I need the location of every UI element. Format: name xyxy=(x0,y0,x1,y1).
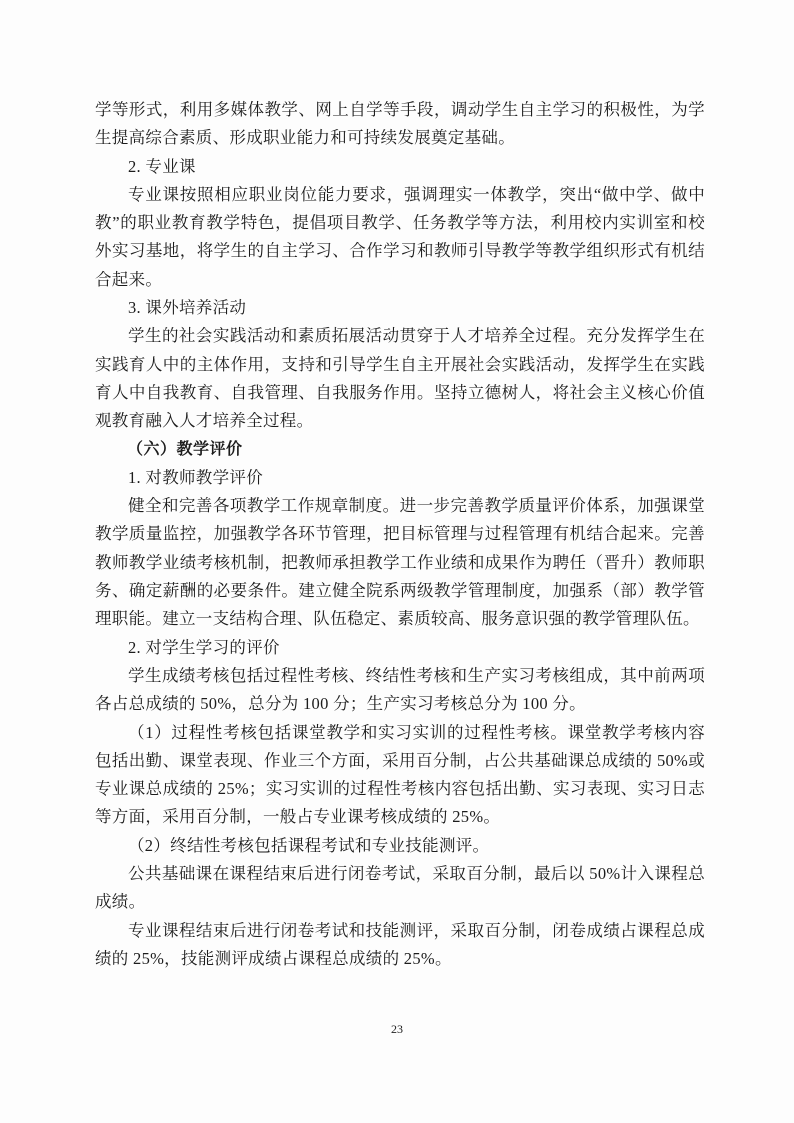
numbered-item-student-evaluation: 2. 对学生学习的评价 xyxy=(95,634,705,662)
body-paragraph: 学生成绩考核包括过程性考核、终结性考核和生产实习考核组成，其中前两项各占总成绩的… xyxy=(95,662,705,719)
document-page: 学等形式，利用多媒体教学、网上自学等手段，调动学生自主学习的积极性，为学生提高综… xyxy=(0,0,794,1123)
body-paragraph: 公共基础课在课程结束后进行闭卷考试，采取百分制，最后以 50%计入课程总成绩。 xyxy=(95,860,705,917)
body-paragraph: 健全和完善各项教学工作规章制度。进一步完善教学质量评价体系，加强课堂教学质量监控… xyxy=(95,492,705,633)
numbered-item-major-course: 2. 专业课 xyxy=(95,153,705,181)
body-paragraph-final-assessment: （2）终结性考核包括课程考试和专业技能测评。 xyxy=(95,832,705,860)
numbered-item-extracurricular: 3. 课外培养活动 xyxy=(95,294,705,322)
numbered-item-teacher-evaluation: 1. 对教师教学评价 xyxy=(95,464,705,492)
section-heading-teaching-evaluation: （六）教学评价 xyxy=(95,436,705,464)
page-number: 23 xyxy=(0,1022,794,1037)
body-paragraph: 专业课按照相应职业岗位能力要求，强调理实一体教学，突出“做中学、做中教”的职业教… xyxy=(95,181,705,294)
body-paragraph-process-assessment: （1）过程性考核包括课堂教学和实习实训的过程性考核。课堂教学考核内容包括出勤、课… xyxy=(95,719,705,832)
body-paragraph: 学生的社会实践活动和素质拓展活动贯穿于人才培养全过程。充分发挥学生在实践育人中的… xyxy=(95,322,705,435)
continued-paragraph: 学等形式，利用多媒体教学、网上自学等手段，调动学生自主学习的积极性，为学生提高综… xyxy=(95,96,705,153)
document-body: 学等形式，利用多媒体教学、网上自学等手段，调动学生自主学习的积极性，为学生提高综… xyxy=(95,96,705,973)
body-paragraph: 专业课程结束后进行闭卷考试和技能测评，采取百分制，闭卷成绩占课程总成绩的 25%… xyxy=(95,917,705,974)
